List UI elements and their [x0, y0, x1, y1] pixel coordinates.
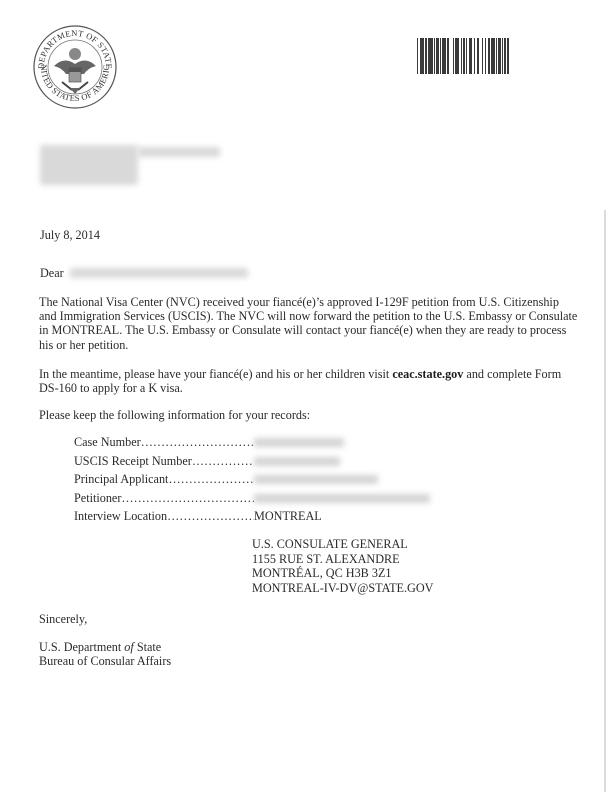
record-row-uscis-receipt: USCIS Receipt Number………………………………………………	[74, 452, 444, 471]
scan-edge-line	[604, 210, 606, 792]
valediction: Sincerely,	[39, 612, 87, 627]
salutation-text: Dear	[40, 266, 64, 280]
record-label: USCIS Receipt Number………………………………………………	[74, 452, 254, 471]
body-paragraph-2: In the meantime, please have your fiancé…	[39, 367, 579, 395]
record-value-redacted	[254, 470, 444, 489]
signature-line-2: Bureau of Consular Affairs	[39, 654, 171, 668]
record-label: Principal Applicant………………………………………………	[74, 470, 254, 489]
department-of-state-seal-icon: DEPARTMENT OF STATE UNITED STATES OF AME…	[32, 24, 118, 110]
email-address: MONTREAL-IV-DV@STATE.GOV	[252, 581, 433, 596]
record-row-interview-location: Interview Location……………………………………………… MON…	[74, 507, 444, 526]
record-label: Petitioner………………………………………………	[74, 489, 254, 508]
recipient-name-redacted	[70, 268, 248, 278]
signature-line-1: U.S. Department of State	[39, 640, 171, 654]
salutation: Dear	[40, 266, 64, 281]
letter-date: July 8, 2014	[40, 228, 100, 243]
barcode-icon	[417, 38, 531, 74]
record-value-redacted	[254, 452, 444, 471]
record-row-petitioner: Petitioner………………………………………………	[74, 489, 444, 508]
recipient-address-redacted	[40, 145, 138, 185]
record-label: Interview Location………………………………………………	[74, 507, 254, 526]
body-paragraph-1: The National Visa Center (NVC) received …	[39, 295, 579, 352]
records-list: Case Number……………………………………………… USCIS Rece…	[74, 433, 444, 526]
ceac-link[interactable]: ceac.state.gov	[392, 367, 463, 381]
record-value: MONTREAL	[254, 507, 444, 526]
address-line: 1155 RUE ST. ALEXANDRE	[252, 552, 433, 567]
interview-address: U.S. CONSULATE GENERAL 1155 RUE ST. ALEX…	[252, 537, 433, 595]
paragraph-2-intro: In the meantime, please have your fiancé…	[39, 367, 392, 381]
record-label: Case Number………………………………………………	[74, 433, 254, 452]
record-row-case-number: Case Number………………………………………………	[74, 433, 444, 452]
address-line: U.S. CONSULATE GENERAL	[252, 537, 433, 552]
record-value-redacted	[254, 433, 444, 452]
record-row-principal-applicant: Principal Applicant………………………………………………	[74, 470, 444, 489]
record-value-redacted	[254, 489, 444, 508]
signature-block: U.S. Department of State Bureau of Consu…	[39, 640, 171, 669]
body-paragraph-3: Please keep the following information fo…	[39, 408, 579, 422]
address-line: MONTRÉAL, QC H3B 3Z1	[252, 566, 433, 581]
recipient-address-redacted-line1-extra	[138, 147, 220, 157]
